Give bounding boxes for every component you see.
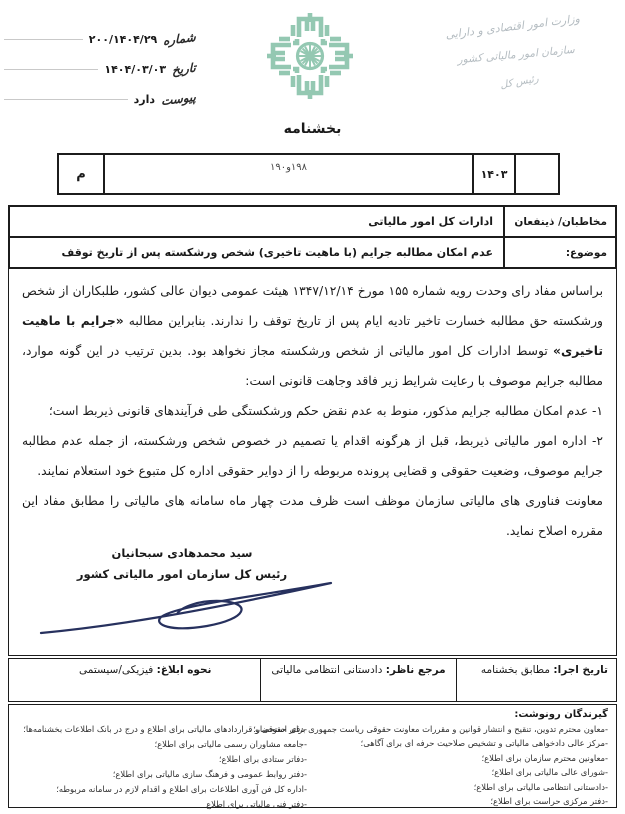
audience-value: ادارات کل امور مالیاتی	[10, 210, 503, 233]
body-item-2: ۲- اداره امور مالیاتی ذیربط، قبل از هرگو…	[22, 426, 603, 486]
copy-recipient-item: -معاون محترم تدوین، تنقیح و انتشار قوانی…	[311, 722, 608, 736]
number-value: ۲۰۰/۱۴۰۴/۲۹	[89, 33, 157, 46]
execution-table: تاریخ اجرا: مطابق بخشنامه مرجع ناظر: داد…	[8, 658, 617, 702]
number-ruled-line	[4, 39, 83, 40]
classification-year-cell: ۱۴۰۳	[472, 155, 514, 193]
letterhead-ministry: وزارت امور اقتصادی و دارایی	[418, 9, 608, 45]
subject-value: عدم امکان مطالبه جرایم (با ماهیت تاخیری)…	[10, 241, 503, 264]
copy-recipient-item: -دفتر مرکزی حراست برای اطلاع؛	[311, 794, 608, 808]
execution-date-value: مطابق بخشنامه	[481, 664, 550, 676]
supervisor-cell: مرجع ناظر: دادستانی انتظامی مالیاتی	[260, 659, 456, 701]
copy-recipients-right-column: گیرندگان رونوشت: -معاون محترم تدوین، تنق…	[311, 705, 616, 807]
body-box: براساس مفاد رای وحدت رویه شماره ۱۵۵ مورخ…	[8, 268, 617, 656]
number-label: شماره	[163, 30, 196, 48]
copy-recipients-heading: گیرندگان رونوشت:	[311, 708, 608, 722]
execution-date-label: تاریخ اجرا:	[553, 664, 608, 676]
copy-recipient-item: -جامعه مشاوران رسمی مالیاتی برای اطلاع؛	[9, 737, 307, 752]
audience-label: مخاطبان/ ذینفعان	[503, 207, 615, 236]
copy-recipients-box: گیرندگان رونوشت: -معاون محترم تدوین، تنق…	[8, 704, 617, 808]
date-value: ۱۴۰۴/۰۳/۰۳	[104, 63, 166, 76]
body-paragraph-1: براساس مفاد رای وحدت رویه شماره ۱۵۵ مورخ…	[22, 276, 603, 396]
date-ruled-line	[4, 69, 98, 70]
classification-table: ۱۴۰۳ ۱۹۸و۱۹۰ م	[57, 153, 560, 195]
body-item-1: ۱- عدم امکان مطالبه جرایم مذکور، منوط به…	[22, 396, 603, 426]
attachment-label: پیوست	[161, 90, 196, 108]
delivery-method-value: فیزیکی/سیستمی	[79, 664, 153, 676]
letterhead-office: رئیس کل	[425, 60, 614, 104]
stamp-number-row: شماره ۲۰۰/۱۴۰۴/۲۹	[4, 24, 196, 54]
letterhead: وزارت امور اقتصادی و دارایی سازمان امور …	[418, 9, 615, 100]
tax-administration-logo-icon	[262, 8, 358, 104]
copy-recipients-left-column: -دفتر حقوقی و قراردادهای مالیاتی برای اط…	[9, 705, 311, 807]
copy-recipient-item: -اداره کل فن آوری اطلاعات برای اطلاع و ا…	[9, 782, 307, 797]
audience-row: مخاطبان/ ذینفعان ادارات کل امور مالیاتی	[10, 207, 615, 236]
copy-recipient-item: -دفتر فنی مالیاتی برای اطلاع	[9, 797, 307, 812]
copy-recipient-item: -دفتر حقوقی و قراردادهای مالیاتی برای اط…	[9, 722, 307, 737]
supervisor-label: مرجع ناظر:	[386, 664, 446, 676]
attachment-ruled-line	[4, 99, 128, 100]
stamp-attachment-row: پیوست دارد	[4, 84, 196, 114]
header-stamp-block: شماره ۲۰۰/۱۴۰۴/۲۹ تاریخ ۱۴۰۴/۰۳/۰۳ پیوست…	[4, 24, 196, 114]
meta-table: مخاطبان/ ذینفعان ادارات کل امور مالیاتی …	[8, 205, 617, 269]
signer-name: سید محمدهادی سبحانیان	[67, 543, 297, 563]
copy-recipient-item: -معاونین محترم سازمان برای اطلاع؛	[311, 751, 608, 765]
date-label: تاریخ	[172, 61, 196, 78]
signature-scribble	[35, 571, 345, 643]
document-title: بخشنامه	[0, 121, 625, 137]
classification-empty-cell	[514, 155, 558, 193]
body-paragraph-2: معاونت فناوری های مالیاتی سازمان موظف اس…	[22, 486, 603, 546]
delivery-method-cell: نحوه ابلاغ: فیزیکی/سیستمی	[9, 659, 260, 701]
attachment-value: دارد	[134, 93, 155, 106]
delivery-method-label: نحوه ابلاغ:	[157, 664, 212, 676]
classification-type-cell: م	[59, 155, 103, 193]
copy-recipient-item: -شورای عالی مالیاتی برای اطلاع؛	[311, 765, 608, 779]
copy-recipient-item: -مرکز عالی دادخواهی مالیاتی و تشخیص صلاح…	[311, 736, 608, 750]
subject-row: موضوع: عدم امکان مطالبه جرایم (با ماهیت …	[10, 236, 615, 267]
stamp-date-row: تاریخ ۱۴۰۴/۰۳/۰۳	[4, 54, 196, 84]
copy-recipient-item: -دفاتر ستادی برای اطلاع؛	[9, 752, 307, 767]
body-paragraph-1-end: توسط ادارات کل امور مالیاتی از شخص ورشکس…	[22, 344, 603, 388]
execution-date-cell: تاریخ اجرا: مطابق بخشنامه	[456, 659, 616, 701]
copy-recipient-item: -دفتر روابط عمومی و فرهنگ سازی مالیاتی ب…	[9, 767, 307, 782]
supervisor-value: دادستانی انتظامی مالیاتی	[271, 664, 382, 676]
circular-document: شماره ۲۰۰/۱۴۰۴/۲۹ تاریخ ۱۴۰۴/۰۳/۰۳ پیوست…	[0, 0, 625, 814]
classification-articles-cell: ۱۹۸و۱۹۰	[103, 155, 472, 193]
copy-recipient-item: -دادستانی انتظامی مالیاتی برای اطلاع؛	[311, 780, 608, 794]
subject-label: موضوع:	[503, 238, 615, 267]
